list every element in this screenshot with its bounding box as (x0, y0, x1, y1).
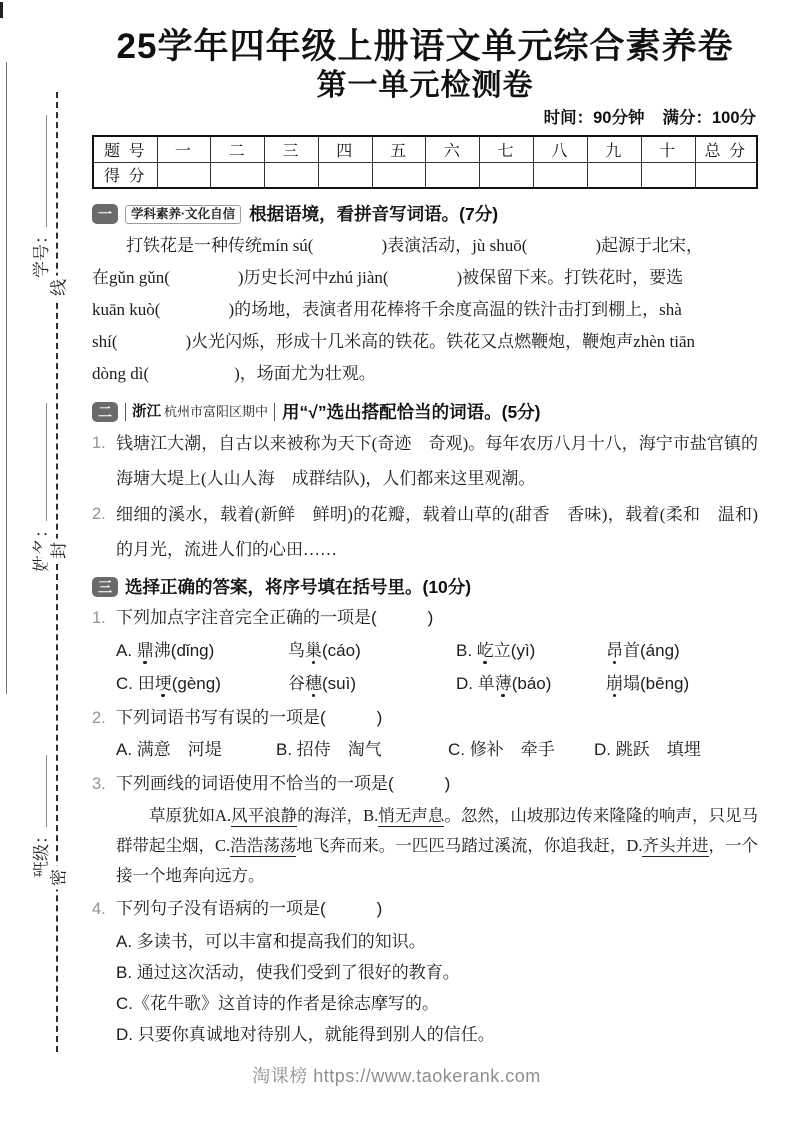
score-col-7: 七 (480, 136, 534, 162)
question-1-options: A. 鼎沸(dǐng) 鸟巢(cáo) B. 屹立(yì) 昂首(áng) C.… (116, 634, 758, 700)
section-one-points: (7分) (459, 204, 498, 224)
score-cell (157, 162, 211, 188)
score-cell (318, 162, 372, 188)
item-text: 细细的溪水，载着(新鲜 鲜明)的花瓣，载着山草的(甜香 香味)，载着(柔和 温和… (116, 497, 758, 567)
student-id-label: 学号： (32, 227, 51, 278)
section-two-item-2: 2. 细细的溪水，载着(新鲜 鲜明)的花瓣，载着山草的(甜香 香味)，载着(柔和… (92, 497, 758, 567)
option-c1: C. 田埂(gèng) (116, 667, 288, 700)
option-a2: 鸟巢(cáo) (288, 634, 456, 667)
score-cell (480, 162, 534, 188)
score-col-5: 五 (372, 136, 426, 162)
score-cell (641, 162, 695, 188)
name-blank (33, 403, 47, 521)
score-cell (426, 162, 480, 188)
underlined-phrase: 悄无声息 (378, 806, 444, 827)
page-subtitle: 第一单元检测卷 (92, 68, 758, 104)
score-cell (534, 162, 588, 188)
option-b: B. 招侍 淘气 (276, 734, 448, 766)
question-3-stem: 下列画线的词语使用不恰当的一项是( ) (116, 768, 758, 800)
underlined-phrase: 风平浪静 (231, 806, 297, 827)
question-4-options: A. 多读书，可以丰富和提高我们的知识。 B. 通过这次活动，使我们受到了很好的… (116, 926, 758, 1050)
question-3-stem-row: 3. 下列画线的词语使用不恰当的一项是( ) (92, 768, 758, 800)
option-c2: 谷穗(suì) (288, 667, 456, 700)
seal-dashed-line (56, 92, 58, 1052)
seal-char-xian: 线 (42, 276, 73, 300)
score-col-6: 六 (426, 136, 480, 162)
option-d1: D. 单薄(báo) (456, 667, 606, 700)
section-three-header: 三 选择正确的答案，将序号填在括号里。(10分) (92, 574, 758, 600)
student-id-blank (33, 115, 47, 227)
passage-line: dòng dì( )，场面尤为壮观。 (92, 358, 758, 390)
item-number: 1. (92, 426, 116, 496)
score-table: 题 号 一 二 三 四 五 六 七 八 九 十 总 分 得 分 (92, 135, 758, 189)
exam-meta: 时间：90分钟满分：100分 (92, 106, 758, 130)
score-cell (211, 162, 265, 188)
option-d: D. 只要你真诚地对待别人，就能得到别人的信任。 (116, 1019, 758, 1050)
question-number: 1. (92, 602, 116, 634)
page-title: 25学年四年级上册语文单元综合素养卷 (92, 26, 758, 68)
score-cell (372, 162, 426, 188)
section-one-header: 一 学科素养·文化自信 根据语境，看拼音写词语。(7分) (92, 201, 758, 227)
underlined-phrase: 浩浩荡荡 (230, 836, 296, 857)
class-blank (33, 755, 47, 827)
student-id-field: 学号： (27, 115, 52, 278)
option-a: A. 满意 河堤 (116, 734, 276, 766)
section-two-points: (5分) (502, 402, 541, 422)
score-table-header-row: 题 号 一 二 三 四 五 六 七 八 九 十 总 分 (93, 136, 757, 162)
section-one-badge: 一 (92, 204, 118, 224)
passage-line: kuān kuò( )的场地，表演者用花棒将千余度高温的铁汁击打到棚上，shà (92, 294, 758, 326)
exam-source-region: 浙江 (132, 404, 161, 420)
question-1-stem: 下列加点字注音完全正确的一项是( ) (116, 602, 758, 634)
option-d: D. 跳跃 填埋 (594, 734, 758, 766)
class-field: 班级： (27, 755, 52, 878)
section-one-title: 根据语境，看拼音写词语。(7分) (249, 201, 498, 227)
underlined-phrase: 齐头并进 (642, 836, 708, 857)
score-cell (265, 162, 319, 188)
score-col-9: 九 (587, 136, 641, 162)
section-two-item-1: 1. 钱塘江大潮，自古以来被称为天下(奇迹 奇观)。每年农历八月十八，海宁市盐官… (92, 426, 758, 496)
question-2-stem: 下列词语书写有误的一项是( ) (116, 702, 758, 734)
exam-source-tag: 浙江杭州市富阳区期中 (125, 403, 275, 421)
question-number: 3. (92, 768, 116, 800)
section-two-header: 二 浙江杭州市富阳区期中 用“√”选出搭配恰当的词语。(5分) (92, 399, 758, 425)
score-col-3: 三 (265, 136, 319, 162)
item-number: 2. (92, 497, 116, 567)
question-number: 4. (92, 893, 116, 925)
exam-time: 时间：90分钟 (544, 109, 645, 127)
option-d2: 崩塌(bēng) (606, 667, 758, 700)
score-cell-total (695, 162, 757, 188)
main-content: 25学年四年级上册语文单元综合素养卷 第一单元检测卷 时间：90分钟满分：100… (92, 26, 758, 1050)
question-2-stem-row: 2. 下列词语书写有误的一项是( ) (92, 702, 758, 734)
question-1-stem-row: 1. 下列加点字注音完全正确的一项是( ) (92, 602, 758, 634)
item-text: 钱塘江大潮，自古以来被称为天下(奇迹 奇观)。每年农历八月十八，海宁市盐官镇的海… (116, 426, 758, 496)
score-col-10: 十 (641, 136, 695, 162)
subject-literacy-tag: 学科素养·文化自信 (125, 205, 241, 224)
exam-paper-page: 学号： 姓名： 班级： 线 封 密 25学年四年级上册语文单元综合素养卷 第一单… (0, 0, 793, 1121)
question-number: 2. (92, 702, 116, 734)
question-4-stem: 下列句子没有语病的一项是( ) (116, 893, 758, 925)
option-b2: 昂首(áng) (606, 634, 758, 667)
question-3-passage: 草原犹如A.风平浪静的海洋，B.悄无声息。忽然，山坡那边传来隆隆的响声，只见马群… (116, 801, 758, 891)
option-c: C.《花牛歌》这首诗的作者是徐志摩写的。 (116, 988, 758, 1019)
left-edge-line (6, 62, 7, 694)
passage-line: shí( )火光闪烁，形成十几米高的铁花。铁花又点燃鞭炮，鞭炮声zhèn tiā… (92, 326, 758, 358)
score-col-8: 八 (534, 136, 588, 162)
score-col-total: 总 分 (695, 136, 757, 162)
section-two-badge: 二 (92, 402, 118, 422)
score-col-4: 四 (318, 136, 372, 162)
scan-corner-artifact (0, 2, 3, 18)
question-2-options: A. 满意 河堤 B. 招侍 淘气 C. 修补 牵手 D. 跳跃 填埋 (116, 734, 758, 766)
section-two-title: 用“√”选出搭配恰当的词语。(5分) (282, 399, 541, 425)
exam-source-name: 杭州市富阳区期中 (164, 404, 268, 419)
score-table-label-timu: 题 号 (93, 136, 157, 162)
option-a1: A. 鼎沸(dǐng) (116, 634, 288, 667)
score-table-label-defen: 得 分 (93, 162, 157, 188)
option-b: B. 通过这次活动，使我们受到了很好的教育。 (116, 957, 758, 988)
option-a: A. 多读书，可以丰富和提高我们的知识。 (116, 926, 758, 957)
passage-line: 在gǔn gǔn( )历史长河中zhú jiàn( )被保留下来。打铁花时，要选 (92, 262, 758, 294)
section-three-points: (10分) (423, 577, 472, 597)
score-col-1: 一 (157, 136, 211, 162)
option-c: C. 修补 牵手 (448, 734, 594, 766)
seal-char-feng: 封 (42, 539, 73, 563)
watermark: 淘课榜 https://www.taokerank.com (0, 1062, 793, 1088)
score-table-score-row: 得 分 (93, 162, 757, 188)
passage-line: 打铁花是一种传统mín sú( )表演活动，jù shuō( )起源于北宋， (92, 230, 758, 262)
section-three-title: 选择正确的答案，将序号填在括号里。(10分) (125, 574, 471, 600)
score-col-2: 二 (211, 136, 265, 162)
question-4-stem-row: 4. 下列句子没有语病的一项是( ) (92, 893, 758, 925)
section-three-badge: 三 (92, 577, 118, 597)
option-b1: B. 屹立(yì) (456, 634, 606, 667)
section-one-passage: 打铁花是一种传统mín sú( )表演活动，jù shuō( )起源于北宋， 在… (92, 230, 758, 390)
seal-char-mi: 密 (42, 866, 73, 890)
score-cell (587, 162, 641, 188)
exam-full-score: 满分：100分 (662, 109, 756, 127)
